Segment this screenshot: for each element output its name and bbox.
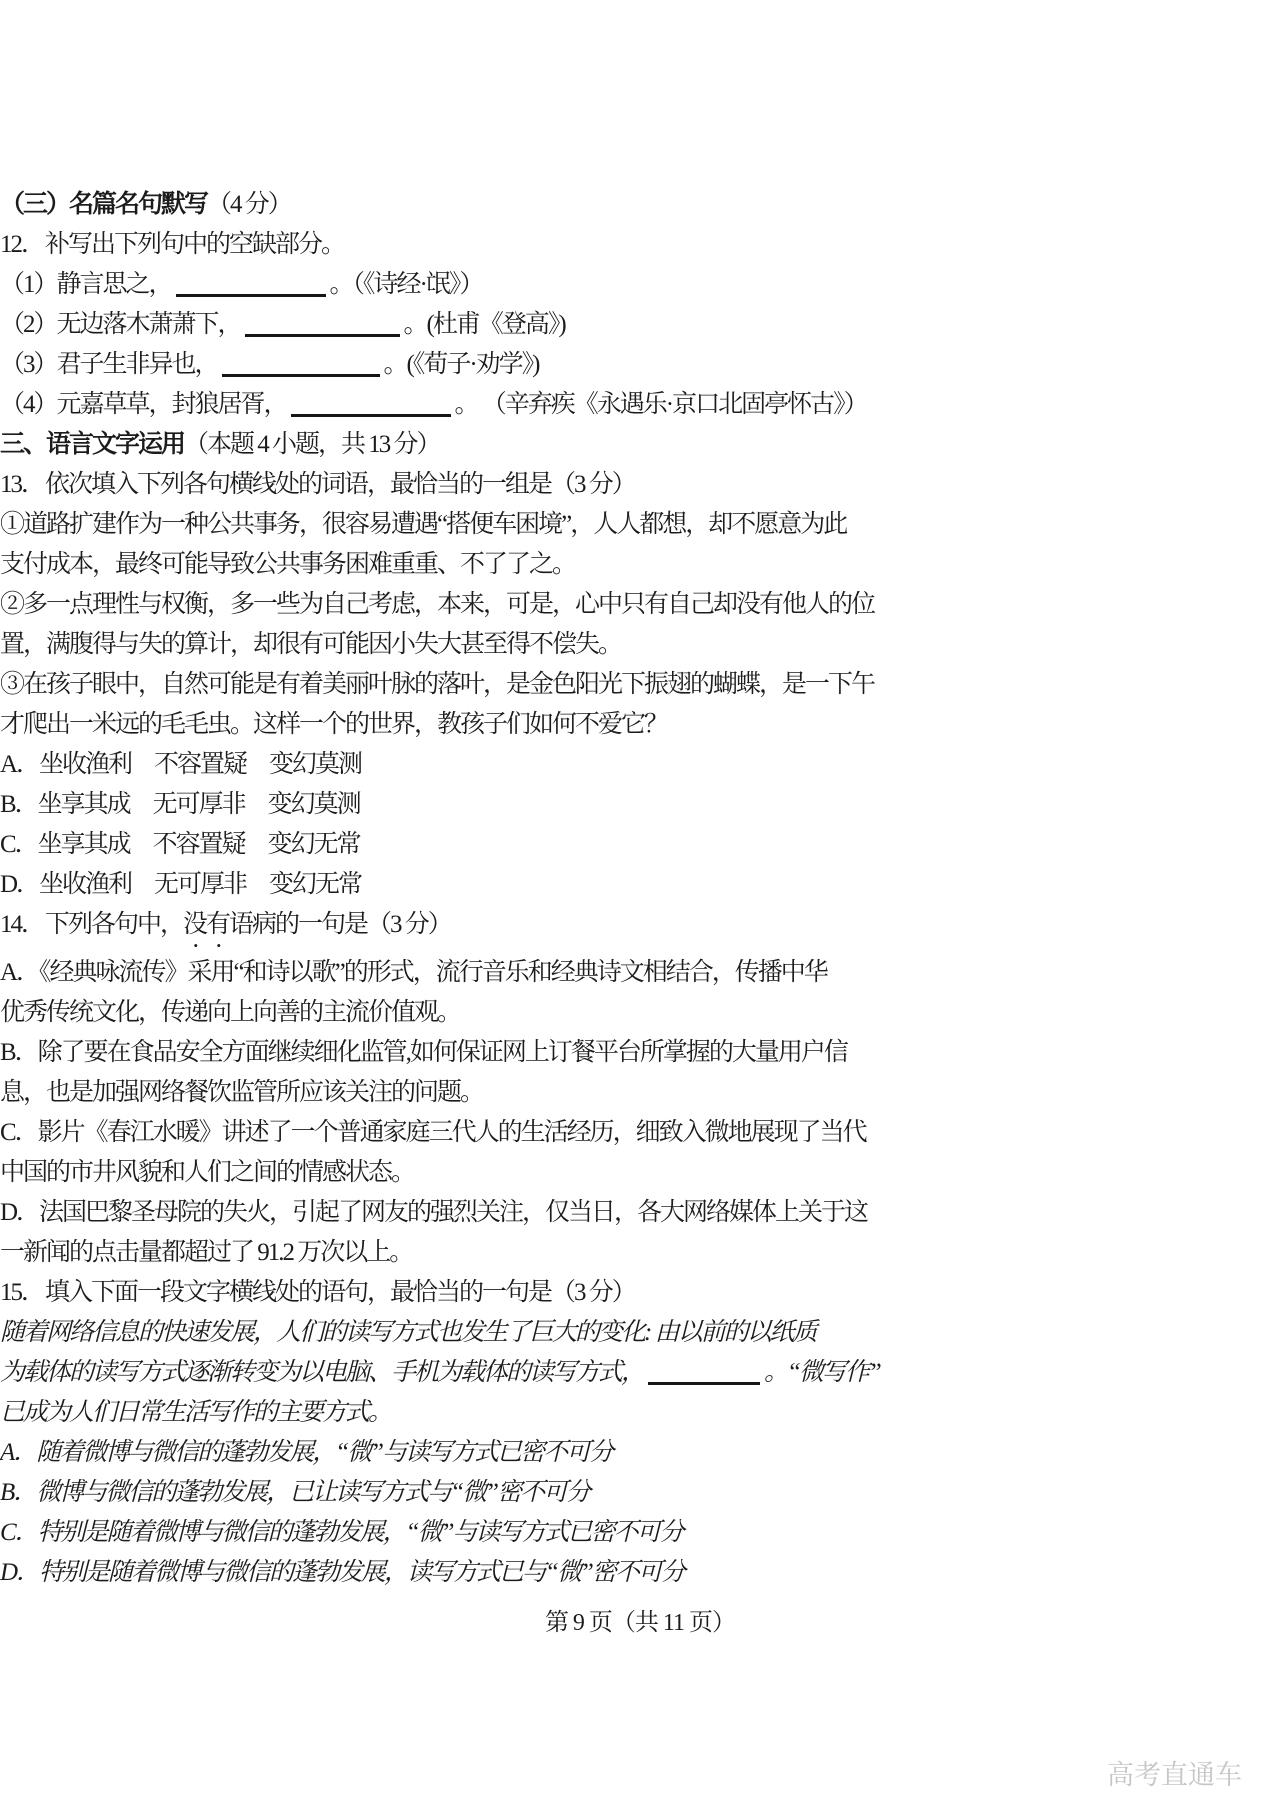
section-score: （本题 4 小题，共 13 分） bbox=[184, 431, 440, 458]
q13-option-a: A．坐收渔利 不容置疑 变幻莫测 bbox=[0, 745, 1280, 785]
q13-sentence-1-line-1: ①道路扩建作为一种公共事务，很容易遭遇“搭便车困境”，人人都想，却不愿意为此 bbox=[0, 505, 1280, 545]
section-number: 三、 bbox=[0, 425, 46, 465]
q12-item-3: （3）君子生非异也，。(《荀子·劝学》) bbox=[0, 345, 1280, 385]
emphasized-word: 没有 bbox=[183, 911, 229, 938]
section-heading-language-use: 三、语言文字运用（本题 4 小题，共 13 分） bbox=[0, 425, 1280, 465]
q14-stem: 14．下列各句中，没有语病的一句是（3 分） bbox=[0, 905, 1280, 953]
page-number-footer: 第 9 页（共 11 页） bbox=[0, 1603, 1280, 1643]
section-title: 名篇名句默写 bbox=[69, 191, 207, 218]
answer-blank bbox=[291, 400, 451, 417]
q15-option-c: C．特别是随着微博与微信的蓬勃发展，“微”与读写方式已密不可分 bbox=[0, 1513, 1280, 1553]
section-title: 语言文字运用 bbox=[46, 431, 184, 458]
q15-passage-line-3: 已成为人们日常生活写作的主要方式。 bbox=[0, 1393, 1280, 1433]
q13-number: 13． bbox=[0, 465, 45, 505]
answer-blank bbox=[648, 1368, 760, 1385]
q14-option-a-line-2: 优秀传统文化，传递向上向善的主流价值观。 bbox=[0, 993, 1280, 1033]
q13-sentence-1-line-2: 支付成本，最终可能导致公共事务困难重重、不了了之。 bbox=[0, 545, 1280, 585]
q13-option-c: C．坐享其成 不容置疑 变幻无常 bbox=[0, 825, 1280, 865]
watermark-gaokao-express: 高考直通车 bbox=[1107, 1753, 1242, 1792]
q12-item-2: （2）无边落木萧萧下，。(杜甫《登高》) bbox=[0, 305, 1280, 345]
q15-passage-line-1: 随着网络信息的快速发展，人们的读写方式也发生了巨大的变化: 由以前的以纸质 bbox=[0, 1313, 1280, 1353]
exam-page: （三）名篇名句默写（4 分） 12．补写出下列句中的空缺部分。 （1）静言思之，… bbox=[0, 0, 1280, 1810]
q15-option-d: D．特别是随着微博与微信的蓬勃发展，读写方式已与“微”密不可分 bbox=[0, 1553, 1280, 1593]
q14-option-c-line-2: 中国的市井风貌和人们之间的情感状态。 bbox=[0, 1153, 1280, 1193]
q14-number: 14． bbox=[0, 905, 45, 945]
q15-number: 15． bbox=[0, 1273, 45, 1313]
q13-stem: 13．依次填入下列各句横线处的词语，最恰当的一组是（3 分） bbox=[0, 465, 1280, 505]
answer-blank bbox=[245, 320, 400, 337]
section-label: （三） bbox=[0, 191, 69, 218]
q13-sentence-2-line-1: ②多一点理性与权衡，多一些为自己考虑，本来，可是，心中只有自己却没有他人的位 bbox=[0, 585, 1280, 625]
q13-sentence-3-line-2: 才爬出一米远的毛毛虫。这样一个的世界，教孩子们如何不爱它？ bbox=[0, 705, 1280, 745]
q13-option-d: D．坐收渔利 无可厚非 变幻无常 bbox=[0, 865, 1280, 905]
answer-blank bbox=[222, 360, 380, 377]
q14-option-a-line-1: A．《经典咏流传》采用“和诗以歌”的形式，流行音乐和经典诗文相结合，传播中华 bbox=[0, 953, 1280, 993]
q12-item-1: （1）静言思之，。（《诗经·氓》） bbox=[0, 265, 1280, 305]
q13-option-b: B．坐享其成 无可厚非 变幻莫测 bbox=[0, 785, 1280, 825]
q15-stem: 15．填入下面一段文字横线处的语句，最恰当的一句是（3 分） bbox=[0, 1273, 1280, 1313]
q14-option-c-line-1: C．影片《春江水暖》讲述了一个普通家庭三代人的生活经历，细致入微地展现了当代 bbox=[0, 1113, 1280, 1153]
q15-option-b: B．微博与微信的蓬勃发展，已让读写方式与“微”密不可分 bbox=[0, 1473, 1280, 1513]
q12-item-4: （4）元嘉草草，封狼居胥，。 （辛弃疾《永遇乐·京口北固亭怀古》） bbox=[0, 385, 1280, 425]
q14-option-d-line-2: 一新闻的点击量都超过了 91.2 万次以上。 bbox=[0, 1233, 1280, 1273]
answer-blank bbox=[176, 280, 326, 297]
q12-stem: 12．补写出下列句中的空缺部分。 bbox=[0, 225, 1280, 265]
q12-number: 12． bbox=[0, 225, 45, 265]
q15-option-a: A．随着微博与微信的蓬勃发展，“微”与读写方式已密不可分 bbox=[0, 1433, 1280, 1473]
q14-option-b-line-2: 息，也是加强网络餐饮监管所应该关注的问题。 bbox=[0, 1073, 1280, 1113]
q14-option-b-line-1: B．除了要在食品安全方面继续细化监管,如何保证网上订餐平台所掌握的大量用户信 bbox=[0, 1033, 1280, 1073]
q13-sentence-3-line-1: ③在孩子眼中，自然可能是有着美丽叶脉的落叶，是金色阳光下振翅的蝴蝶，是一下午 bbox=[0, 665, 1280, 705]
section-score: （4 分） bbox=[207, 191, 291, 218]
q14-option-d-line-1: D．法国巴黎圣母院的失火，引起了网友的强烈关注，仅当日，各大网络媒体上关于这 bbox=[0, 1193, 1280, 1233]
section-heading-dictation: （三）名篇名句默写（4 分） bbox=[0, 185, 1280, 225]
exam-body: （三）名篇名句默写（4 分） 12．补写出下列句中的空缺部分。 （1）静言思之，… bbox=[0, 0, 1280, 1643]
q13-sentence-2-line-2: 置，满腹得与失的算计，却很有可能因小失大甚至得不偿失。 bbox=[0, 625, 1280, 665]
q15-passage-line-2: 为载体的读写方式逐渐转变为以电脑、手机为载体的读写方式，。“微写作” bbox=[0, 1353, 1280, 1393]
